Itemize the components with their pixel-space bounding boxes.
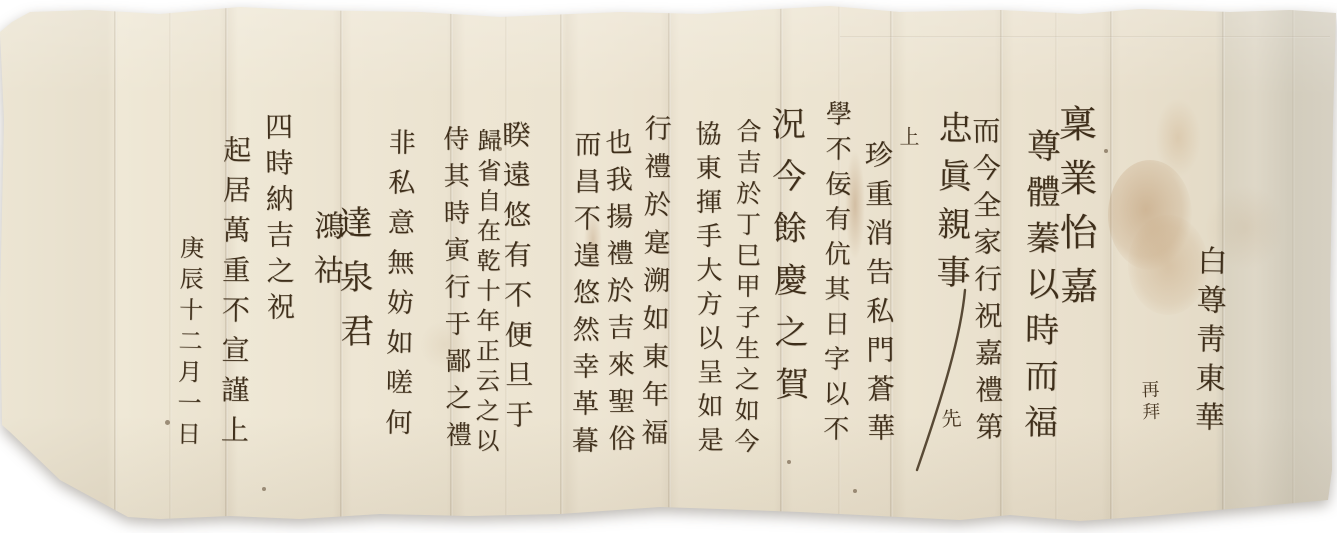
water-stain bbox=[1155, 98, 1201, 178]
photograph-of-letter: 白尊靑東華 再拜 稟業怡嘉 尊體蓁以時而福 而今全家行祝嘉禮第 忠眞親事 上 珍… bbox=[0, 0, 1337, 533]
fold-crease bbox=[890, 6, 893, 523]
recipient-column: 白尊靑東華 bbox=[1190, 245, 1223, 440]
ink-speck bbox=[787, 460, 791, 464]
fold-crease bbox=[450, 6, 453, 523]
text-column-8: 合吉於丁巳甲子生之如今 bbox=[733, 118, 760, 459]
ink-speck bbox=[1104, 149, 1108, 153]
fold-crease bbox=[838, 6, 841, 523]
date-column: 庚辰十二月一日 bbox=[174, 235, 202, 452]
ink-speck bbox=[853, 489, 857, 493]
ink-speck bbox=[350, 232, 354, 236]
paper-shadow: 白尊靑東華 再拜 稟業怡嘉 尊體蓁以時而福 而今全家行祝嘉禮第 忠眞親事 上 珍… bbox=[0, 0, 1337, 533]
text-column-9: 協東揮手大方以呈如是 bbox=[693, 120, 721, 460]
text-column-16: 非私意無妨如嗟何 bbox=[382, 128, 413, 448]
small-stain bbox=[420, 320, 470, 370]
fold-crease bbox=[114, 6, 117, 523]
fold-stain bbox=[845, 150, 865, 260]
text-column-15: 侍其時寅行于鄙之禮 bbox=[441, 125, 470, 458]
letter-paper: 白尊靑東華 再拜 稟業怡嘉 尊體蓁以時而福 而今全家行祝嘉禮第 忠眞親事 上 珍… bbox=[0, 0, 1337, 533]
fold-crease bbox=[169, 6, 172, 523]
fold-crease bbox=[1110, 6, 1113, 523]
fold-crease bbox=[1000, 6, 1003, 523]
fold-stain bbox=[584, 210, 602, 270]
text-column-4: 忠眞親事 bbox=[933, 110, 970, 302]
text-column-14: 歸省自在乾十年正云之以 bbox=[473, 128, 499, 458]
fold-crease bbox=[668, 6, 671, 523]
text-column-17: 達泉君 bbox=[335, 205, 372, 368]
small-char-top: 上 bbox=[898, 126, 918, 146]
fold-crease bbox=[1292, 6, 1295, 523]
fold-crease bbox=[505, 6, 508, 523]
ink-speck bbox=[262, 487, 266, 491]
text-column-7: 況今餘慶之賀 bbox=[768, 106, 806, 418]
text-column-12: 而昌不遑悠然幸革暮 bbox=[569, 130, 599, 463]
fold-crease bbox=[340, 6, 343, 523]
ink-speck bbox=[165, 420, 170, 425]
text-column-20: 起居萬重不宣謹上 bbox=[219, 135, 250, 455]
fold-crease bbox=[780, 6, 783, 523]
text-column-5: 珍重消告私門蒼華 bbox=[863, 140, 894, 452]
water-stain bbox=[1205, 185, 1285, 270]
text-column-6: 學不佞有伉其日字以不 bbox=[820, 100, 849, 450]
flourish-stroke bbox=[905, 285, 975, 475]
text-column-1: 稟業怡嘉 bbox=[1055, 104, 1095, 320]
text-column-11: 也我揚禮於吉來聖俗 bbox=[602, 128, 632, 461]
text-column-19: 四時納吉之祝 bbox=[263, 112, 293, 328]
fold-crease bbox=[225, 6, 228, 523]
fold-crease bbox=[1055, 6, 1058, 523]
small-char-end: 先 bbox=[939, 407, 960, 428]
text-column-13: 睽遠悠有不便旦于 bbox=[500, 120, 532, 440]
text-column-2: 尊體蓁以時而福 bbox=[1020, 128, 1057, 450]
fold-crease bbox=[560, 6, 563, 523]
ink-speck bbox=[498, 147, 502, 151]
horizontal-crease bbox=[840, 36, 1330, 38]
text-column-3: 而今全家行祝嘉禮第 bbox=[970, 116, 1001, 449]
fold-crease bbox=[1222, 6, 1225, 523]
text-column-10: 行禮於寔溯如東年福 bbox=[638, 114, 669, 456]
text-column-18: 鴻祜 bbox=[309, 210, 340, 298]
recipient-salutation: 再拜 bbox=[1139, 380, 1159, 425]
water-stain bbox=[1108, 160, 1192, 270]
water-stain bbox=[1128, 215, 1208, 315]
